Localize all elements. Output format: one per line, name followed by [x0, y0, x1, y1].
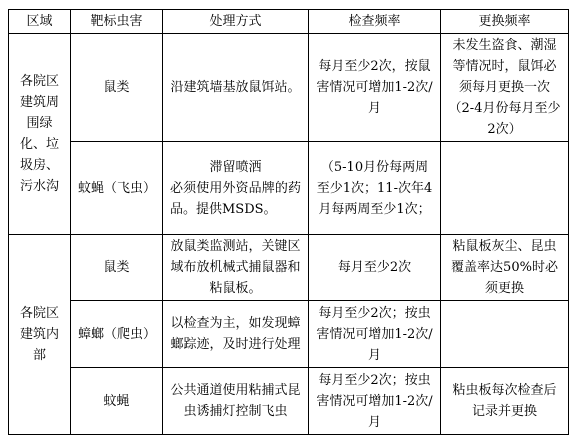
pest-cell: 鼠类	[71, 235, 163, 301]
treatment-cell: 沿建筑墙基放鼠饵站。	[163, 34, 309, 142]
treatment-cell: 滞留喷洒 必须使用外资品牌的药品。提供MSDS。	[163, 142, 309, 235]
replacement-cell: 未发生盗食、潮湿等情况时，鼠饵必须每月更换一次（2-4月份每月至少2次）	[441, 34, 569, 142]
replacement-cell	[441, 142, 569, 235]
inspection-cell: 每月至少2次；按虫害情况可增加1-2次/月	[309, 368, 441, 435]
treatment-line-2: 必须使用外资品牌的药品。提供MSDS。	[170, 178, 301, 220]
area-cell-exterior: 各院区建筑周围绿化、垃圾房、污水沟	[9, 34, 71, 235]
inspection-cell: （5-10月份每两周至少1次；11-次年4月每两周至少1次；	[309, 142, 441, 235]
pest-control-table-container: 区域 靶标虫害 处理方式 检查频率 更换频率 各院区建筑周围绿化、垃圾房、污水沟…	[8, 9, 569, 435]
header-treatment-method: 处理方式	[163, 10, 309, 34]
table-row: 各院区建筑内部 鼠类 放鼠类监测站，关键区域布放机械式捕鼠器和粘鼠板。 每月至少…	[9, 235, 569, 301]
treatment-line-1: 滞留喷洒	[170, 157, 301, 178]
replacement-cell: 粘虫板每次检查后记录并更换	[441, 368, 569, 435]
treatment-cell: 以检查为主，如发现蟑螂踪迹，及时进行处理	[163, 301, 309, 368]
inspection-cell: 每月至少2次	[309, 235, 441, 301]
table-row: 蟑螂（爬虫） 以检查为主，如发现蟑螂踪迹，及时进行处理 每月至少2次；按虫害情况…	[9, 301, 569, 368]
pest-cell: 蚊蝇	[71, 368, 163, 435]
table-row: 蚊蝇 公共通道使用粘捕式昆虫诱捕灯控制飞虫 每月至少2次；按虫害情况可增加1-2…	[9, 368, 569, 435]
pest-control-table: 区域 靶标虫害 处理方式 检查频率 更换频率 各院区建筑周围绿化、垃圾房、污水沟…	[8, 9, 569, 435]
replacement-cell: 粘鼠板灰尘、昆虫覆盖率达50%时必须更换	[441, 235, 569, 301]
pest-cell: 蚊蝇（飞虫）	[71, 142, 163, 235]
treatment-cell: 放鼠类监测站，关键区域布放机械式捕鼠器和粘鼠板。	[163, 235, 309, 301]
pest-cell: 蟑螂（爬虫）	[71, 301, 163, 368]
pest-cell: 鼠类	[71, 34, 163, 142]
header-target-pest: 靶标虫害	[71, 10, 163, 34]
header-area: 区域	[9, 10, 71, 34]
inspection-cell: 每月至少2次；按虫害情况可增加1-2次/月	[309, 301, 441, 368]
area-cell-interior: 各院区建筑内部	[9, 235, 71, 435]
header-row: 区域 靶标虫害 处理方式 检查频率 更换频率	[9, 10, 569, 34]
table-row: 各院区建筑周围绿化、垃圾房、污水沟 鼠类 沿建筑墙基放鼠饵站。 每月至少2次，按…	[9, 34, 569, 142]
table-row: 蚊蝇（飞虫） 滞留喷洒 必须使用外资品牌的药品。提供MSDS。 （5-10月份每…	[9, 142, 569, 235]
header-inspection-frequency: 检查频率	[309, 10, 441, 34]
replacement-cell	[441, 301, 569, 368]
inspection-cell: 每月至少2次，按鼠害情况可增加1-2次/月	[309, 34, 441, 142]
header-replacement-frequency: 更换频率	[441, 10, 569, 34]
treatment-cell: 公共通道使用粘捕式昆虫诱捕灯控制飞虫	[163, 368, 309, 435]
